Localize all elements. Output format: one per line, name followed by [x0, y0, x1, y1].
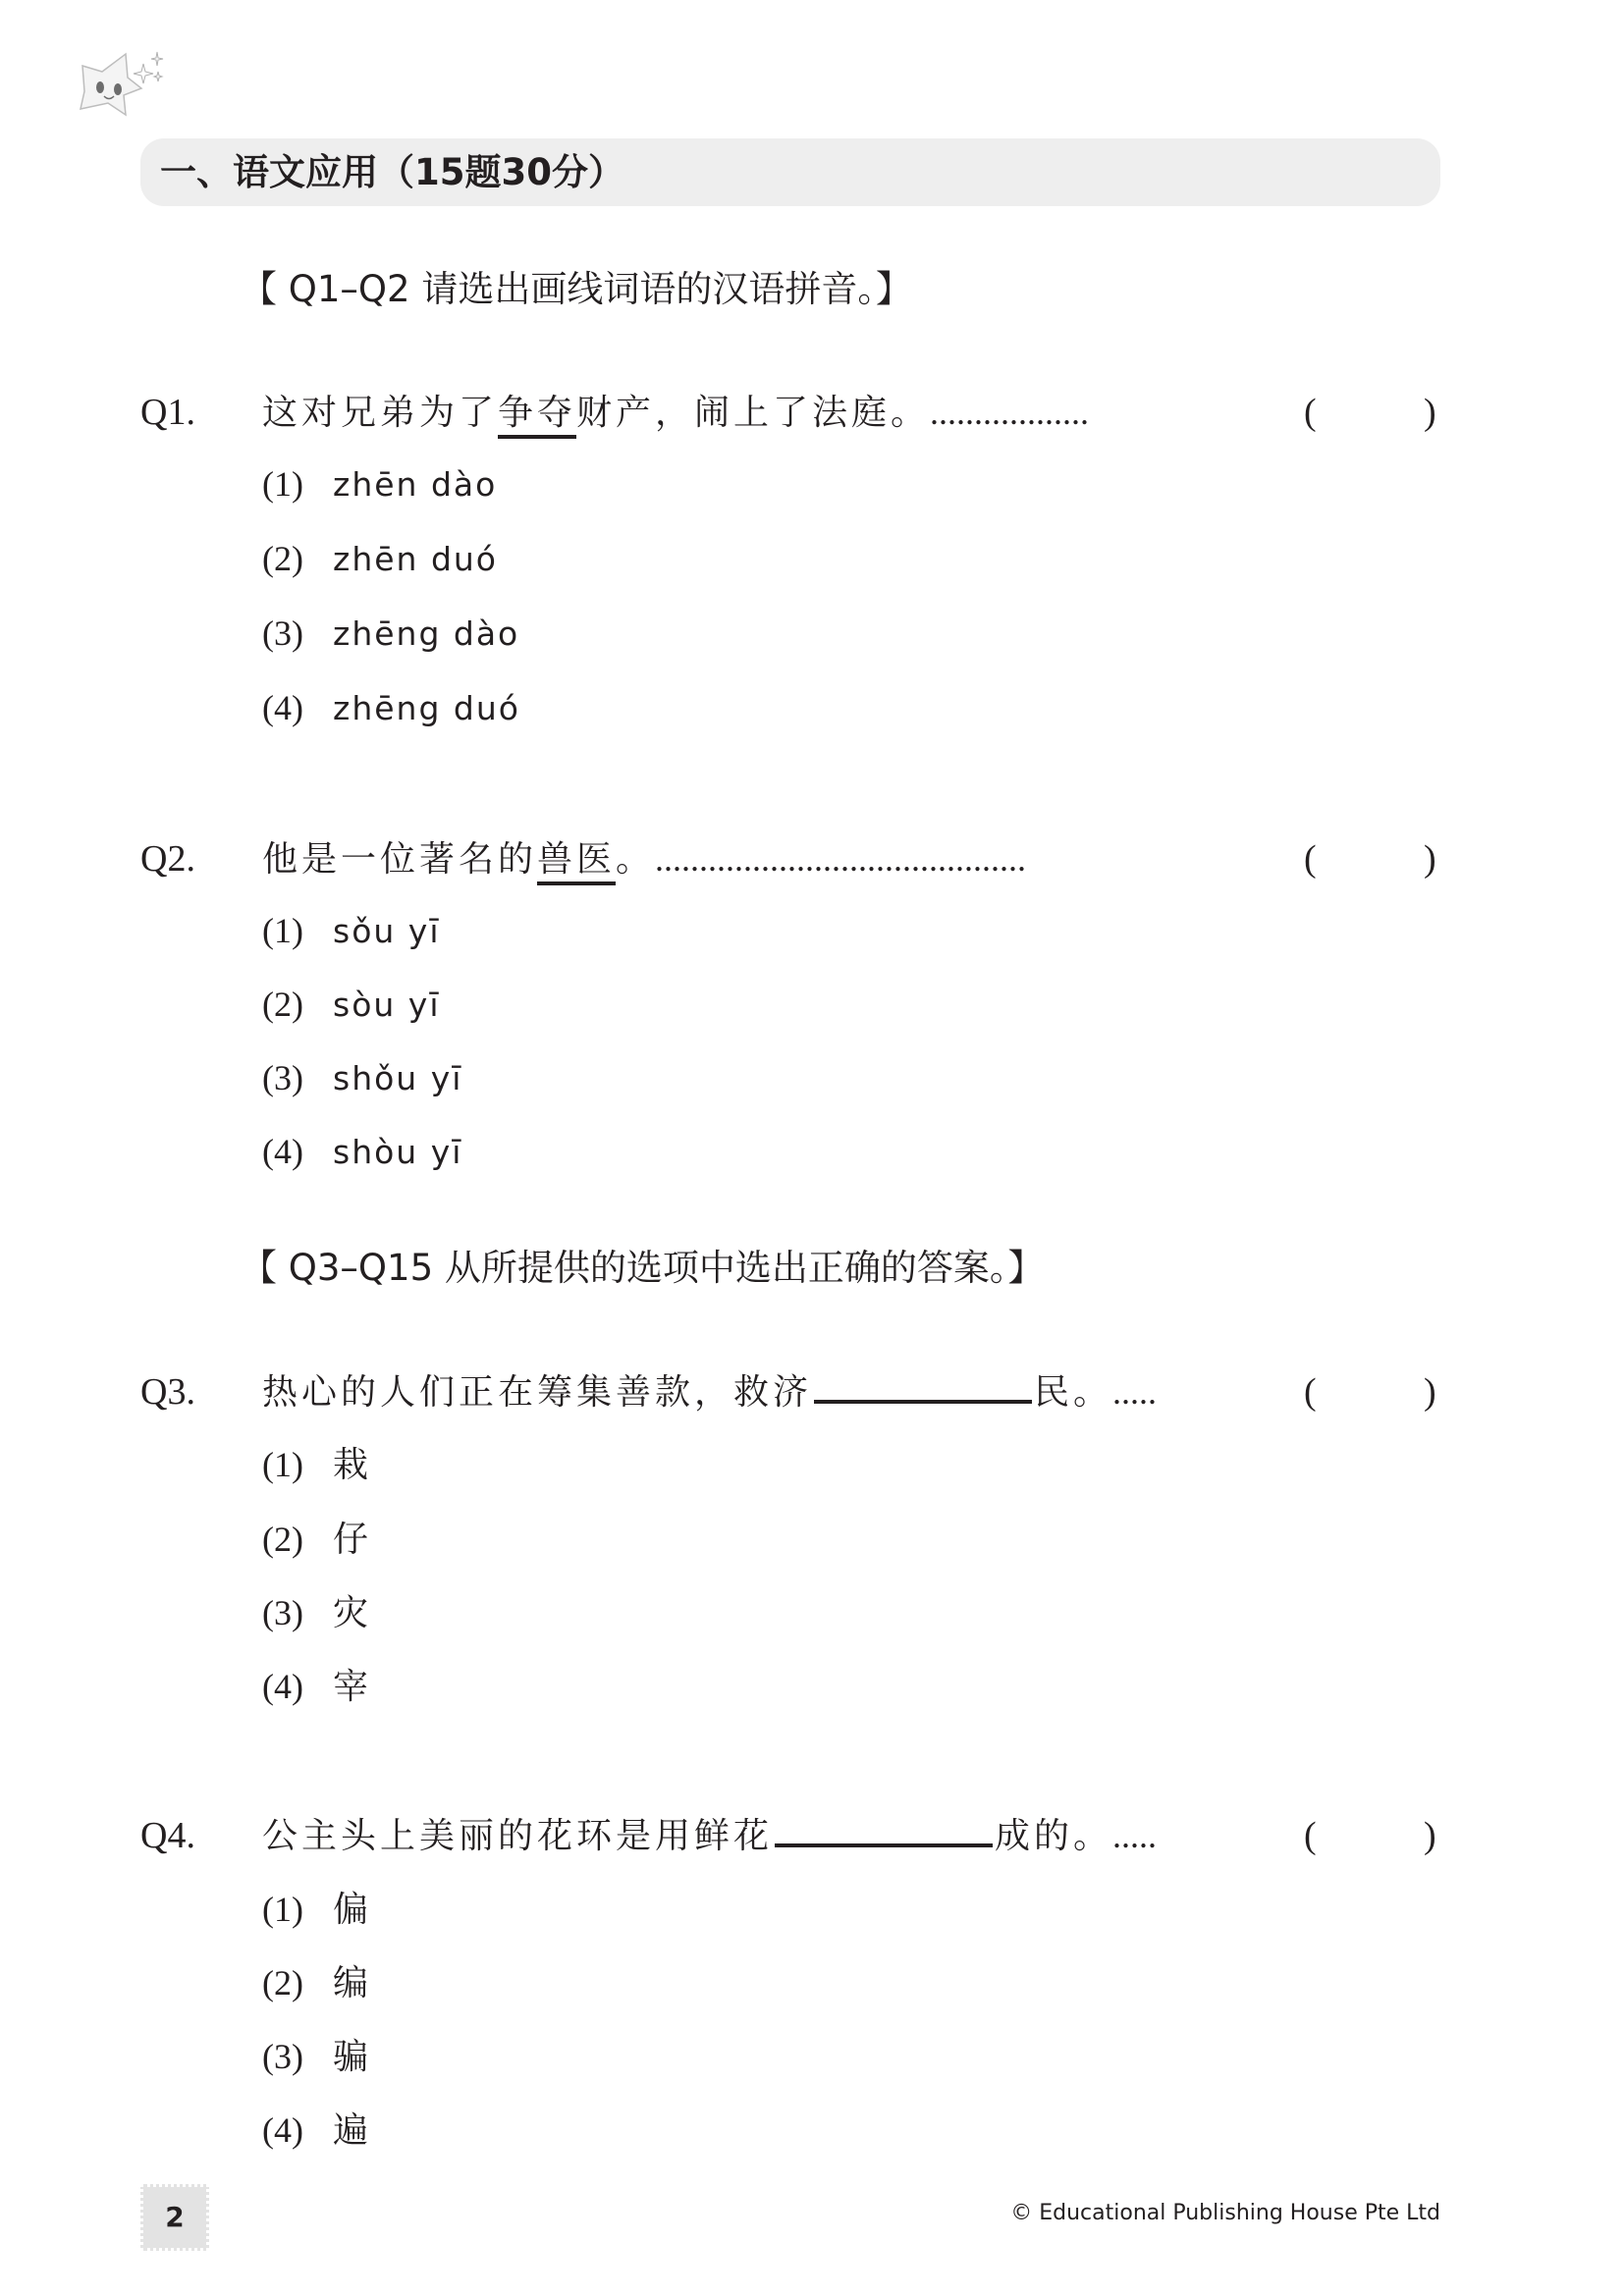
option-4[interactable]: (4)遍: [262, 2106, 370, 2155]
text-before: 这对兄弟为了: [262, 393, 498, 433]
option-1[interactable]: (1)偏: [262, 1885, 370, 1934]
option-number: (2): [262, 1515, 333, 1564]
answer-bracket-open: (: [1304, 831, 1317, 886]
option-1[interactable]: (1)zhēn dào: [262, 459, 497, 508]
option-number: (1): [262, 459, 333, 508]
option-number: (2): [262, 1958, 333, 2007]
option-value: 遍: [333, 2110, 370, 2151]
answer-bracket-close: ): [1424, 385, 1436, 440]
option-value: 骗: [333, 2037, 370, 2077]
option-number: (1): [262, 1440, 333, 1489]
option-value: zhēng duó: [333, 689, 520, 727]
option-value: sǒu yī: [333, 912, 441, 950]
option-number: (1): [262, 1885, 333, 1934]
option-number: (3): [262, 1588, 333, 1637]
answer-bracket-close: ): [1424, 1808, 1436, 1863]
answer-bracket-open: (: [1304, 1364, 1317, 1419]
text-before: 他是一位著名的: [262, 839, 537, 880]
instruction-q3-q15: 【 Q3–Q15 从所提供的选项中选出正确的答案。】: [241, 1241, 1044, 1296]
option-value: 灾: [333, 1593, 370, 1633]
dot-leader: .....: [1112, 1816, 1157, 1855]
question-text: 这对兄弟为了争夺财产，闹上了法庭。..................: [262, 385, 1089, 440]
text-after: 成的。: [995, 1816, 1112, 1856]
question-label: Q4.: [140, 1808, 195, 1863]
text-after: 民。: [1034, 1372, 1112, 1413]
option-4[interactable]: (4)zhēng duó: [262, 683, 520, 732]
page-number: 2: [140, 2184, 209, 2251]
option-value: shòu yī: [333, 1133, 462, 1171]
question-text: 他是一位著名的兽医。..............................…: [262, 831, 1026, 886]
option-value: sòu yī: [333, 986, 441, 1024]
star-mascot-icon: [69, 34, 177, 123]
option-1[interactable]: (1)sǒu yī: [262, 906, 441, 955]
option-2[interactable]: (2)编: [262, 1958, 370, 2007]
option-value: 仔: [333, 1520, 370, 1560]
option-number: (2): [262, 534, 333, 583]
instruction-q1-q2: 【 Q1–Q2 请选出画线词语的汉语拼音。】: [241, 262, 912, 317]
option-number: (3): [262, 2032, 333, 2081]
option-2[interactable]: (2)仔: [262, 1515, 370, 1564]
text-before: 热心的人们正在筹集善款，救济: [262, 1372, 812, 1413]
option-value: zhēng dào: [333, 614, 519, 653]
question-label: Q2.: [140, 831, 195, 886]
fill-in-blank[interactable]: [775, 1810, 993, 1847]
option-value: 栽: [333, 1445, 370, 1485]
option-value: zhēn duó: [333, 540, 498, 578]
option-number: (3): [262, 1053, 333, 1102]
option-number: (4): [262, 1662, 333, 1711]
option-number: (3): [262, 609, 333, 658]
option-3[interactable]: (3)zhēng dào: [262, 609, 519, 658]
text-after: 。: [616, 839, 655, 880]
option-value: 偏: [333, 1890, 370, 1930]
question-label: Q1.: [140, 385, 195, 440]
dot-leader: ..................: [930, 393, 1089, 432]
answer-bracket-close: ): [1424, 831, 1436, 886]
option-3[interactable]: (3)骗: [262, 2032, 370, 2081]
option-3[interactable]: (3)灾: [262, 1588, 370, 1637]
question-text: 公主头上美丽的花环是用鲜花成的。.....: [262, 1808, 1157, 1863]
option-number: (1): [262, 906, 333, 955]
option-3[interactable]: (3)shǒu yī: [262, 1053, 462, 1102]
section-title: 一、语文应用（15题30分）: [160, 138, 624, 206]
text-before: 公主头上美丽的花环是用鲜花: [262, 1816, 773, 1856]
underlined-word: 兽医: [537, 839, 616, 885]
question-text: 热心的人们正在筹集善款，救济民。.....: [262, 1364, 1157, 1419]
text-after: 财产，闹上了法庭。: [576, 393, 930, 433]
option-number: (4): [262, 2106, 333, 2155]
copyright-notice: © Educational Publishing House Pte Ltd: [1010, 2201, 1440, 2225]
dot-leader: ........................................…: [655, 839, 1026, 879]
underlined-word: 争夺: [498, 393, 576, 439]
option-value: shǒu yī: [333, 1059, 462, 1097]
dot-leader: .....: [1112, 1372, 1157, 1412]
option-number: (4): [262, 1127, 333, 1176]
option-2[interactable]: (2)sòu yī: [262, 980, 441, 1029]
option-value: zhēn dào: [333, 465, 497, 504]
answer-bracket-open: (: [1304, 1808, 1317, 1863]
option-value: 宰: [333, 1667, 370, 1707]
question-label: Q3.: [140, 1364, 195, 1419]
answer-bracket-close: ): [1424, 1364, 1436, 1419]
option-number: (4): [262, 683, 333, 732]
option-4[interactable]: (4)宰: [262, 1662, 370, 1711]
fill-in-blank[interactable]: [814, 1366, 1032, 1404]
option-4[interactable]: (4)shòu yī: [262, 1127, 462, 1176]
option-2[interactable]: (2)zhēn duó: [262, 534, 498, 583]
answer-bracket-open: (: [1304, 385, 1317, 440]
option-number: (2): [262, 980, 333, 1029]
option-1[interactable]: (1)栽: [262, 1440, 370, 1489]
option-value: 编: [333, 1963, 370, 2003]
